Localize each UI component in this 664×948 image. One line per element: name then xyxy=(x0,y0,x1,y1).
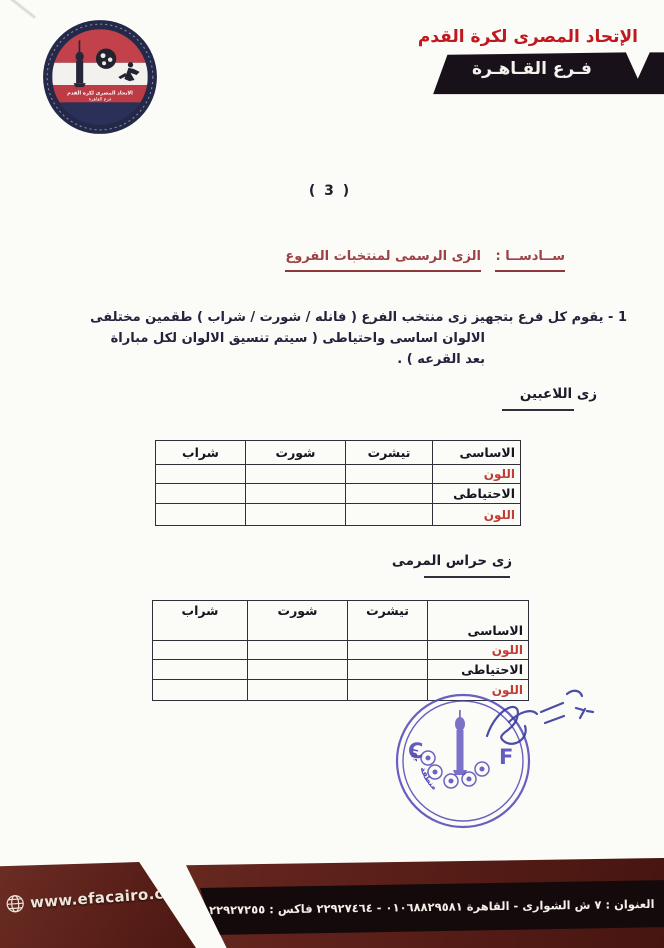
header-cell-shorts: شورت xyxy=(248,601,348,641)
section-heading-title: الزى الرسمى لمنتخبات الفروع xyxy=(285,249,481,272)
empty-cell xyxy=(246,504,346,526)
football-icon xyxy=(96,49,116,69)
empty-cell xyxy=(156,465,246,484)
empty-cell xyxy=(153,660,248,680)
table-header-row: الاساسى تيشرت شورت شراب xyxy=(156,441,521,465)
signature-scribble xyxy=(475,678,610,778)
logo-inner: الاتحاد المصرى لكرة القدم فرع القاهرة xyxy=(52,29,148,125)
table-header-row: الاساسى تيشرت شورت شراب xyxy=(153,601,529,641)
row-label-color: اللون xyxy=(433,504,521,526)
players-kit-heading: زى اللاعبين xyxy=(520,386,597,402)
section-heading: ســادســا : الزى الرسمى لمنتخبات الفروع xyxy=(285,249,565,272)
empty-cell xyxy=(348,660,428,680)
contact-band: العنوان : ٧ ش الشوارى - القاهرة ٠١٠٦٨٨٢٩… xyxy=(200,879,664,935)
table-row: اللون xyxy=(156,504,521,526)
branch-banner: فـرع القـاهـرة xyxy=(426,50,664,98)
players-kit-table: الاساسى تيشرت شورت شراب اللون الاحتياطى … xyxy=(155,440,521,526)
empty-cell xyxy=(153,641,248,660)
intro-line-2: الالوان اساسى واحتياطى ( سيتم تنسيق الال… xyxy=(87,328,485,370)
table-row: اللون xyxy=(153,641,529,660)
players-kit-heading-underline xyxy=(502,409,574,411)
efa-cairo-logo: الاتحاد المصرى لكرة القدم فرع القاهرة xyxy=(38,16,162,138)
stamp-tower-icon xyxy=(453,710,467,775)
org-title: الإتحاد المصرى لكرة القدم xyxy=(418,27,638,47)
empty-cell xyxy=(156,504,246,526)
empty-cell xyxy=(246,484,346,504)
scan-artifact xyxy=(0,0,36,19)
footer-contact-bar: العنوان : ٧ ش الشوارى - القاهرة ٠١٠٦٨٨٢٩… xyxy=(186,858,664,948)
empty-cell xyxy=(153,680,248,701)
header-cell-tshirt: تيشرت xyxy=(346,441,433,465)
header-cell-socks: شراب xyxy=(153,601,248,641)
empty-cell xyxy=(348,641,428,660)
row-label-color: اللون xyxy=(433,465,521,484)
section-heading-lead: ســادســا : xyxy=(495,249,565,272)
row-label-color: اللون xyxy=(428,641,529,660)
empty-cell xyxy=(248,660,348,680)
empty-cell xyxy=(346,484,433,504)
header-cell-shorts: شورت xyxy=(246,441,346,465)
globe-icon xyxy=(5,893,26,914)
table-row: الاحتياطى xyxy=(153,660,529,680)
table-row: الاحتياطى xyxy=(156,484,521,504)
empty-cell xyxy=(246,465,346,484)
goalkeepers-kit-heading: زى حراس المرمى xyxy=(392,553,512,569)
row-label-reserve: الاحتياطى xyxy=(428,660,529,680)
empty-cell xyxy=(346,504,433,526)
header-cell-socks: شراب xyxy=(156,441,246,465)
website-text: www.efacairo.com xyxy=(30,883,191,912)
header-cell-primary: الاساسى xyxy=(428,601,529,641)
goalkeepers-kit-table: الاساسى تيشرت شورت شراب اللون الاحتياطى … xyxy=(152,600,529,701)
logo-band-text-2: فرع القاهرة xyxy=(89,97,112,102)
empty-cell xyxy=(248,680,348,701)
header-cell-primary: الاساسى xyxy=(433,441,521,465)
goalkeepers-kit-heading-underline xyxy=(424,576,510,578)
row-label-reserve: الاحتياطى xyxy=(433,484,521,504)
branch-banner-label: فـرع القـاهـرة xyxy=(444,59,620,79)
empty-cell xyxy=(346,465,433,484)
header-cell-tshirt: تيشرت xyxy=(348,601,428,641)
scanned-document-page: الاتحاد المصرى لكرة القدم فرع القاهرة ال… xyxy=(0,0,664,948)
logo-band-text-1: الاتحاد المصرى لكرة القدم xyxy=(67,90,133,96)
intro-line-1: 1 - يقوم كل فرع بتجهيز زى منتخب الفرع ( … xyxy=(90,310,627,325)
intro-paragraph: 1 - يقوم كل فرع بتجهيز زى منتخب الفرع ( … xyxy=(87,307,627,370)
empty-cell xyxy=(156,484,246,504)
empty-cell xyxy=(248,641,348,660)
contact-text: العنوان : ٧ ش الشوارى - القاهرة ٠١٠٦٨٨٢٩… xyxy=(209,897,655,917)
table-row: اللون xyxy=(156,465,521,484)
footer-website-bar: www.efacairo.com xyxy=(0,862,196,948)
page-number: ( 3 ) xyxy=(300,183,360,199)
